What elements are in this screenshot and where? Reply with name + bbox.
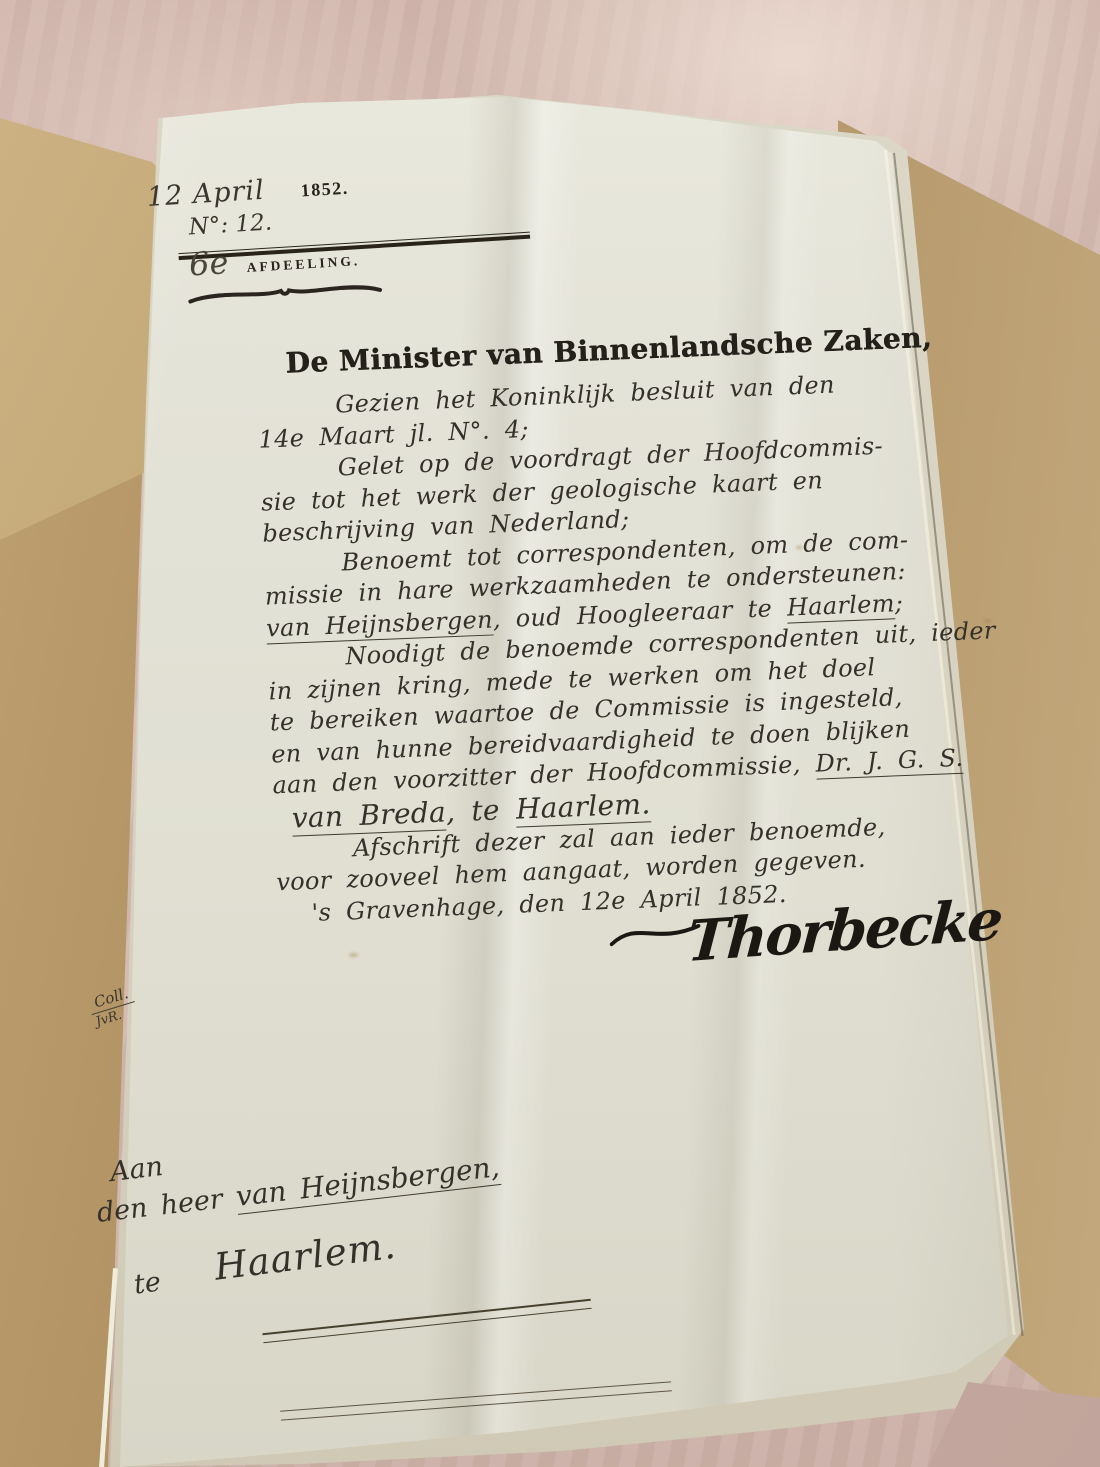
letter-line-text: , te [445,792,516,828]
docket-block: 12 April 1852. N°: 12. 6e AFDEELING. [146,154,613,316]
underlined-place: Haarlem [786,589,895,623]
department-label: AFDEELING. [246,253,360,276]
archive-photo: 12 April 1852. N°: 12. 6e AFDEELING. De … [0,0,1100,1467]
foxing-spot [348,952,359,958]
letter-content: De Minister van Binnenlandsche Zaken, Ge… [150,319,993,934]
address-salutation: Aan [108,1151,164,1188]
address-place-prefix: te [132,1266,162,1300]
docket-date-handwritten: 12 April [146,175,266,213]
docket-year-printed: 1852. [300,178,349,202]
letter-body: Gezien het Koninklijk besluit van den 14… [257,364,993,930]
department-number: 6e [188,243,230,283]
underlined-name: Dr. J. G. S. [815,744,964,780]
letter-line-text: ; [894,588,904,616]
